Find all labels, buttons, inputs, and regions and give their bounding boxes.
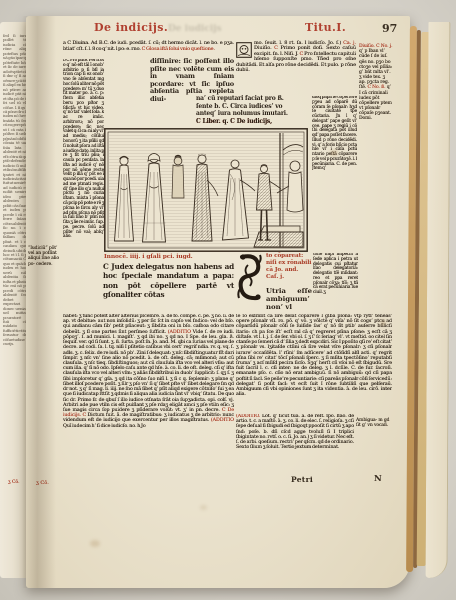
right-summarium-rubric: to cōpareat: niſi ex rōnabili cā Jo. and… bbox=[266, 253, 312, 280]
left-margin-annotation: ʒ Cō. bbox=[36, 480, 49, 486]
right-narrow-column: dioq papa ſe cōpel lere pʒeu ad cōparē d… bbox=[312, 96, 357, 252]
bridge-line: anteq’ iura nolumus imutari. bbox=[196, 110, 288, 118]
gloss-rubric: C Glosa iſtā ſolui vnio queſtione. bbox=[142, 46, 215, 52]
ink-offset-smudge: De iudicijs bbox=[168, 24, 222, 34]
foxing-spot bbox=[330, 150, 338, 156]
foxing-spot bbox=[200, 505, 207, 510]
left-summarium: C Judex delegatus non habens ad hoc ſpec… bbox=[103, 262, 234, 299]
left-gloss-block: a C Diuina. Ad B.C. de iudi. pcedāt. ſ. … bbox=[63, 41, 234, 52]
body-text: Lot. q’ ſicut tua. à. de reſt. ſpo. lſao… bbox=[236, 414, 354, 450]
signature-mark: Petri bbox=[291, 475, 313, 484]
left-margin-note: “Iudiciū” pōt’ vel an poſſint aliqui ſin… bbox=[28, 246, 62, 267]
right-additio-block: (ADDITIO. Lot. q’ ſicut tua. à. de reſt.… bbox=[236, 414, 354, 464]
catchword-letter: N bbox=[374, 474, 382, 484]
additio-rubric: (ADDITIO bbox=[211, 418, 234, 423]
left-narrow-column: b C Pro pſite. Per ſt ot o q’ nō eſt tāl… bbox=[63, 59, 104, 251]
body-text: Dictum fuit. ā. de magiſtratibus: ʒ iudi… bbox=[63, 413, 234, 423]
foxing-spot bbox=[90, 540, 100, 547]
book-photo: ſed ſi iura poſſet tñ iudicia cā rōne al… bbox=[0, 0, 456, 600]
body-text: Quī iudecim h’ ſi dice iudicſo. no. h Jo bbox=[63, 424, 146, 429]
right-margin-gloss: Diuiſio. C No. j. q’ p Iban vl’ cūde ſ d… bbox=[359, 44, 393, 122]
foxing-spot bbox=[380, 320, 386, 326]
fore-edge-strip bbox=[426, 22, 451, 578]
right-top-block: mo. ſeuit. l. 8 rt. ſa. l iudicſo. Jo. ſ… bbox=[236, 41, 356, 74]
facing-page-red-mark: ʒ Cō. bbox=[8, 480, 20, 485]
body-text: Vide ſ. de re iudi. pōpoʒ’. ſ. ad munici… bbox=[63, 330, 234, 413]
running-title-left: De indicijs. bbox=[94, 21, 168, 34]
grotesque-face-initial-icon bbox=[236, 42, 252, 58]
running-title-right: Titu.I. bbox=[305, 21, 346, 34]
page-number: 97 bbox=[382, 22, 397, 35]
bridge-line: ſente b. C. Circa iudices’ vo bbox=[196, 103, 288, 111]
chapter-rubric: C Liber. q. C De iudicijs, bbox=[196, 118, 288, 126]
woodcut-procession-scene bbox=[104, 128, 308, 252]
right-lower-block: ſe ſō exſmſit cā ſire delat cōparere I g… bbox=[236, 314, 392, 414]
margin-text: q’ I cā criminali iudex pōt cōpellere pt… bbox=[359, 85, 392, 121]
facing-page-text: ſed ſi iura poſſet tñ iudicia cā rōne al… bbox=[3, 34, 27, 474]
ambiguum-lead-text: Utria eſſe ambiguum’ non’ vl bbox=[266, 287, 312, 311]
ornamental-initial-icon bbox=[236, 252, 263, 303]
bridge-line: na’ cū reputari faciat pro ß. bbox=[196, 95, 288, 103]
right-narrow-column-2: tōne impi impetra a ſede aplica i petra … bbox=[313, 253, 358, 313]
left-lower-block: habet: ʒ tunc poteſt alter alterius pſce… bbox=[63, 314, 234, 477]
innocent-rubric: Innocē. iiij. i gſali pci. iugd. bbox=[104, 253, 236, 260]
right-margin-low-note: Ambigua- m gd ſit g’ vn vocaß. bbox=[356, 418, 394, 428]
bridge-text-block: na’ cū reputari faciat pro ß. ſente b. C… bbox=[196, 95, 288, 126]
